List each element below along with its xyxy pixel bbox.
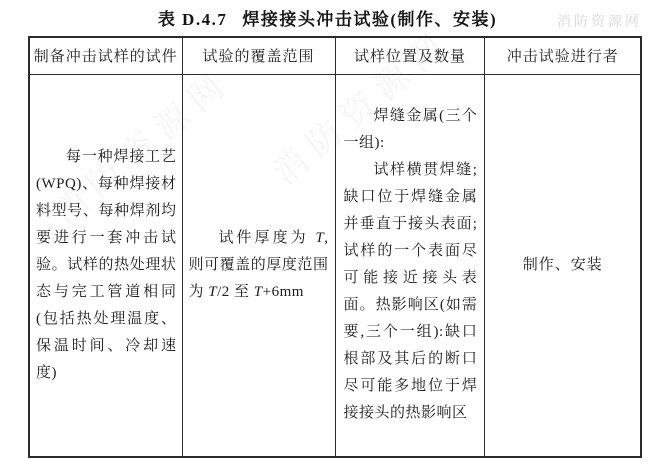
coverage-text-3: /2 至 (217, 284, 254, 300)
coverage-var-T-half: T (208, 284, 217, 300)
table-title-text: 焊接接头冲击试验(制作、安装) (242, 10, 497, 29)
position-paragraph-2: 试样横贯焊缝;缺口位于焊缝金属并垂直于接头表面;试样的一个表面尽可能接近接头表面… (344, 157, 478, 427)
table-row: 每一种焊接工艺(WPQ)、每种焊接材料型号、每种焊剂均要进行一套冲击试验。试样的… (29, 74, 641, 457)
impact-test-table: 制备冲击试样的试件 试验的覆盖范围 试样位置及数量 冲击试验进行者 每一种焊接工… (28, 36, 642, 458)
header-position: 试样位置及数量 (335, 37, 485, 74)
cell-position: 焊缝金属(三个一组): 试样横贯焊缝;缺口位于焊缝金属并垂直于接头表面;试样的一… (335, 74, 485, 457)
header-specimen: 制备冲击试样的试件 (29, 37, 182, 74)
header-row: 制备冲击试样的试件 试验的覆盖范围 试样位置及数量 冲击试验进行者 (29, 37, 641, 74)
position-paragraph-1: 焊缝金属(三个一组): (344, 103, 478, 157)
performer-text: 制作、安装 (485, 252, 640, 279)
coverage-var-T-plus: T (254, 284, 263, 300)
cell-coverage: 试件厚度为 T,则可覆盖的厚度范围为 T/2 至 T+6mm (182, 74, 335, 457)
site-watermark: 消防资源网 (557, 11, 642, 31)
coverage-text: 试件厚度为 T,则可覆盖的厚度范围为 T/2 至 T+6mm (189, 225, 329, 306)
cell-performer: 制作、安装 (485, 74, 641, 457)
header-coverage: 试验的覆盖范围 (182, 37, 335, 74)
document-page: { "page": { "title_label": "表 D.4.7", "t… (0, 0, 655, 471)
coverage-text-4: +6mm (263, 284, 304, 300)
coverage-text-1: 试件厚度为 (219, 230, 316, 246)
coverage-var-T: T (315, 230, 324, 246)
specimen-text: 每一种焊接工艺(WPQ)、每种焊接材料型号、每种焊剂均要进行一套冲击试验。试样的… (36, 144, 177, 387)
table-number: 表 D.4.7 (158, 10, 228, 29)
cell-specimen: 每一种焊接工艺(WPQ)、每种焊接材料型号、每种焊剂均要进行一套冲击试验。试样的… (29, 74, 182, 457)
header-performer: 冲击试验进行者 (485, 37, 641, 74)
